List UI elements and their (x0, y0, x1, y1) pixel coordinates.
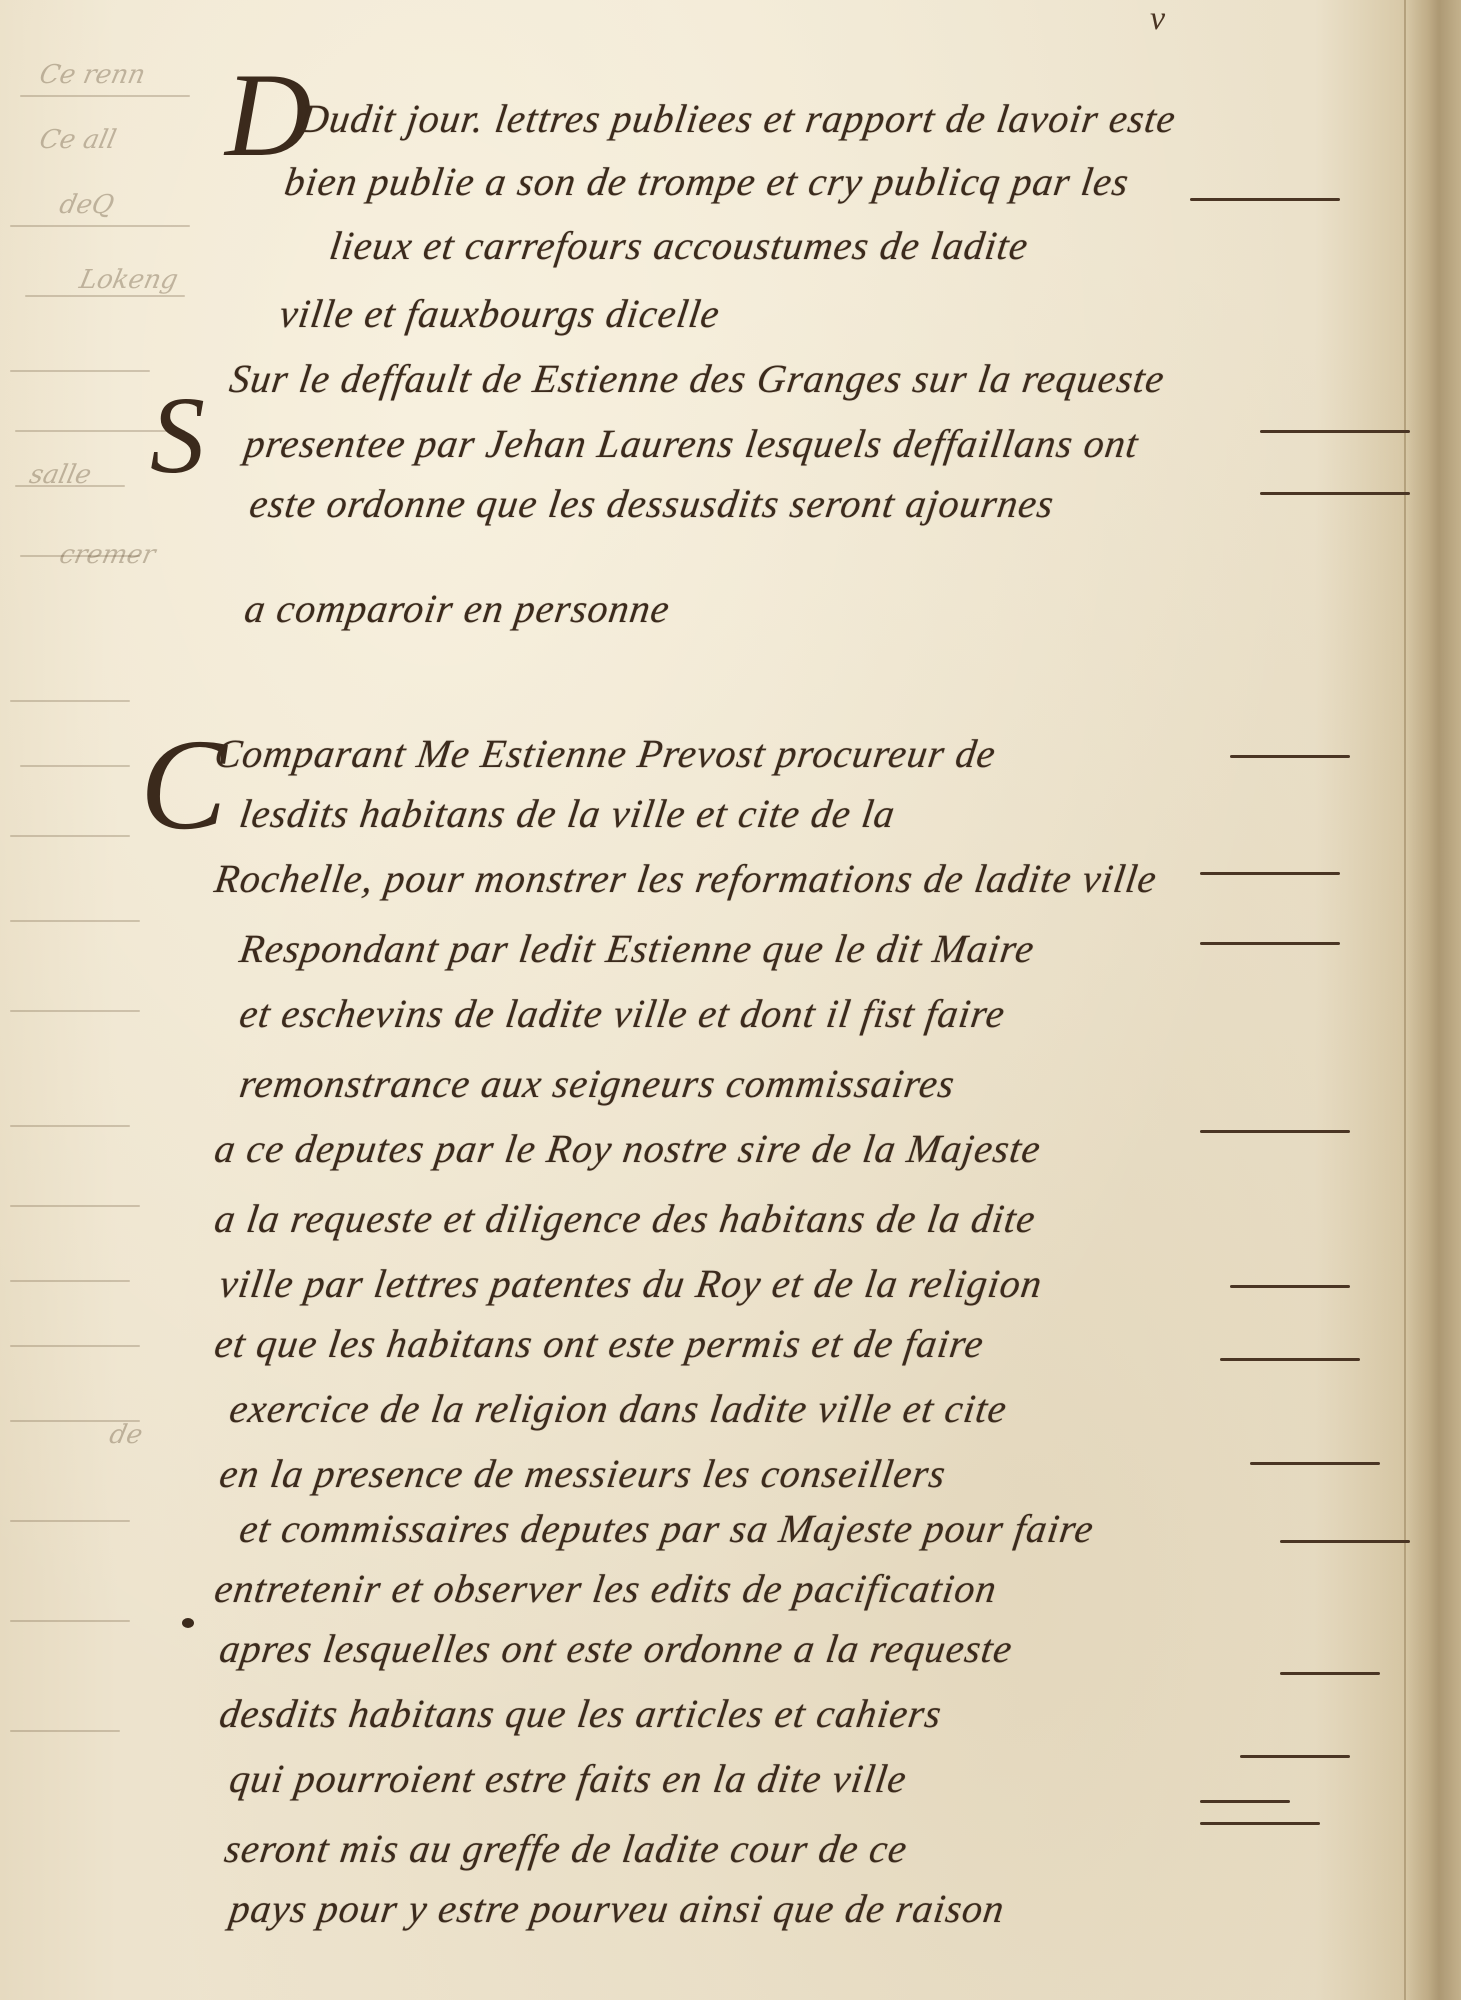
line-filler (1250, 1462, 1380, 1465)
text-line: lieux et carrefours accoustumes de ladit… (327, 222, 1032, 269)
ink-blot (182, 1618, 194, 1628)
line-filler (1230, 755, 1350, 758)
text-line: pays pour y estre pourveu ainsi que de r… (227, 1885, 1008, 1932)
text-line: Comparant Me Estienne Prevost procureur … (212, 730, 999, 777)
paragraph-initial: S (150, 380, 205, 490)
page-binding-edge (1404, 0, 1461, 2000)
line-filler (1200, 1800, 1290, 1803)
line-filler (1200, 942, 1340, 945)
line-filler (1200, 1130, 1350, 1133)
text-line: bien publie a son de trompe et cry publi… (282, 158, 1133, 205)
text-line: exercice de la religion dans ladite vill… (227, 1385, 1010, 1432)
folio-mark: v (1150, 0, 1165, 38)
text-line: ville par lettres patentes du Roy et de … (217, 1260, 1046, 1307)
text-line: desdits habitans que les articles et cah… (217, 1690, 945, 1737)
line-filler (1230, 1285, 1350, 1288)
line-filler (1260, 430, 1410, 433)
text-line: presentee par Jehan Laurens lesquels def… (242, 420, 1142, 467)
line-filler (1200, 872, 1340, 875)
text-line: apres lesquelles ont este ordonne a la r… (217, 1625, 1016, 1672)
line-filler (1190, 198, 1340, 201)
text-line: et que les habitans ont este permis et d… (212, 1320, 987, 1367)
text-line: Rochelle, pour monstrer les reformations… (212, 855, 1160, 902)
line-filler (1240, 1755, 1350, 1758)
text-line: a comparoir en personne (242, 585, 673, 632)
text-line: remonstrance aux seigneurs commissaires (237, 1060, 958, 1107)
line-filler (1220, 1358, 1360, 1361)
line-filler (1260, 492, 1410, 495)
text-line: seront mis au greffe de ladite cour de c… (222, 1825, 911, 1872)
text-line: et commissaires deputes par sa Majeste p… (237, 1505, 1097, 1552)
text-line: en la presence de messieurs les conseill… (217, 1450, 949, 1497)
text-line: este ordonne que les dessusdits seront a… (247, 480, 1058, 527)
paragraph-initial: D (225, 55, 312, 175)
text-line: a ce deputes par le Roy nostre sire de l… (212, 1125, 1044, 1172)
text-line: lesdits habitans de la ville et cite de … (237, 790, 899, 837)
text-line: Dudit jour. lettres publiees et rapport … (297, 95, 1179, 142)
line-filler (1280, 1672, 1380, 1675)
manuscript-page: v Ce renn Ce all deQ Lokeng salle cremer… (0, 0, 1461, 2000)
text-line: et eschevins de ladite ville et dont il … (237, 990, 1009, 1037)
text-line: Sur le deffault de Estienne des Granges … (227, 355, 1168, 402)
line-filler (1200, 1822, 1320, 1825)
line-filler (1280, 1540, 1410, 1543)
paragraph-initial: C (140, 720, 227, 850)
text-line: a la requeste et diligence des habitans … (212, 1195, 1039, 1242)
text-line: entretenir et observer les edits de paci… (212, 1565, 1000, 1612)
text-line: Respondant par ledit Estienne que le dit… (237, 925, 1038, 972)
bleed-through-margin: Ce renn Ce all deQ Lokeng salle cremer d… (0, 0, 240, 2000)
text-line: ville et fauxbourgs dicelle (277, 290, 723, 337)
text-line: qui pourroient estre faits en la dite vi… (227, 1755, 910, 1802)
